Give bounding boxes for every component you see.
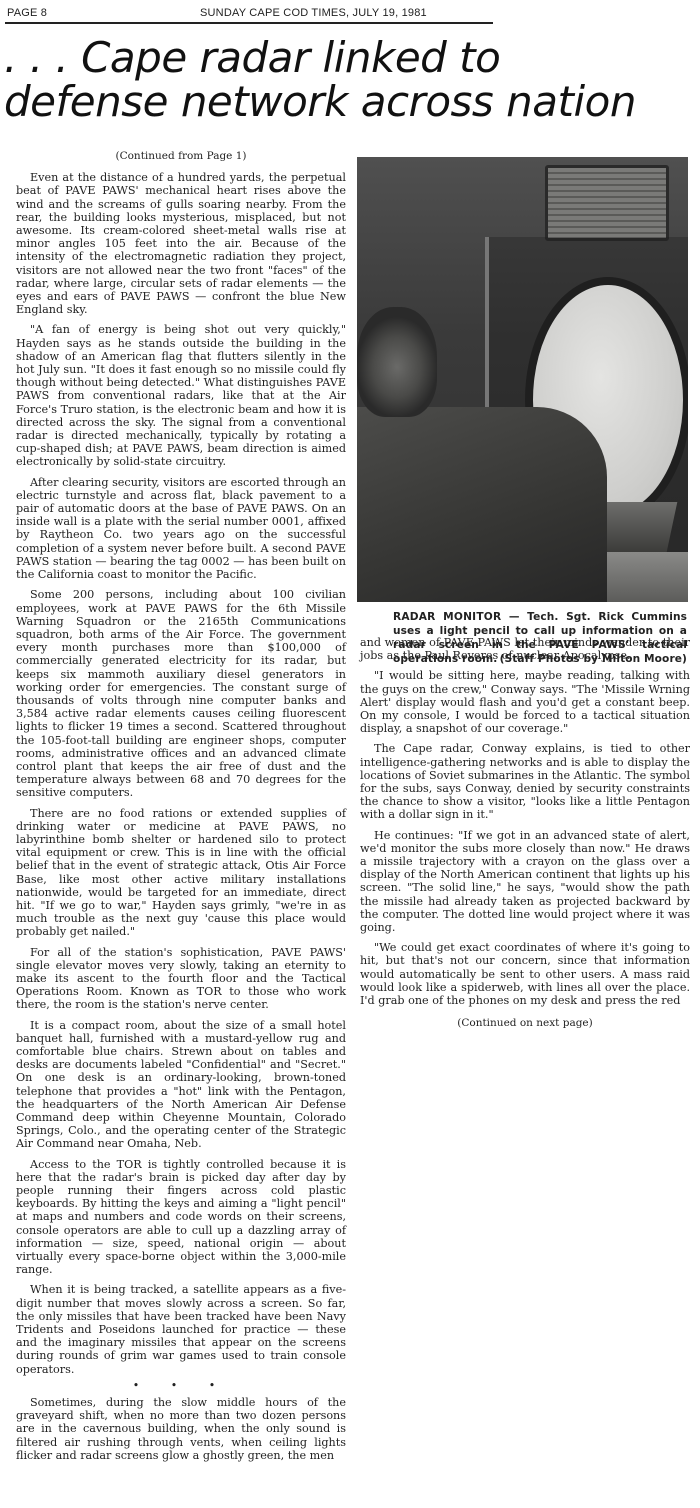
overhead-speaker-graphic	[545, 165, 669, 241]
headline: . . . Cape radar linked to defense netwo…	[4, 36, 700, 124]
paragraph: Sometimes, during the slow middle hours …	[16, 1396, 346, 1462]
continued-on-note: (Continued on next page)	[360, 1017, 690, 1030]
paragraph: After clearing security, visitors are es…	[16, 476, 346, 582]
headline-line-2: defense network across nation	[4, 80, 700, 124]
continued-from-note: (Continued from Page 1)	[16, 150, 346, 163]
paragraph: The Cape radar, Conway explains, is tied…	[360, 742, 690, 821]
paragraph: He continues: "If we got in an advanced …	[360, 829, 690, 935]
page-number: PAGE 8	[7, 7, 47, 19]
paper-name-and-date: SUNDAY CAPE COD TIMES, JULY 19, 1981	[200, 7, 427, 19]
paragraph: When it is being tracked, a satellite ap…	[16, 1283, 346, 1375]
paragraph: For all of the station's sophistication,…	[16, 946, 346, 1012]
article-right-column: and women of PAVE PAWS let their minds w…	[360, 636, 690, 1038]
caption-label: RADAR MONITOR	[393, 611, 501, 623]
paragraph: "I would be sitting here, maybe reading,…	[360, 669, 690, 735]
technician-head-graphic	[357, 307, 437, 417]
paragraph: "We could get exact coordinates of where…	[360, 941, 690, 1007]
paragraph: Even at the distance of a hundred yards,…	[16, 171, 346, 316]
paragraph: "A fan of energy is being shot out very …	[16, 323, 346, 468]
masthead: PAGE 8 SUNDAY CAPE COD TIMES, JULY 19, 1…	[5, 4, 493, 24]
technician-at-radar-screen-photo	[357, 157, 688, 602]
paragraph: It is a compact room, about the size of …	[16, 1019, 346, 1151]
paragraph: There are no food rations or extended su…	[16, 807, 346, 939]
paragraph: Some 200 persons, including about 100 ci…	[16, 588, 346, 799]
headline-line-1: . . . Cape radar linked to	[4, 36, 700, 80]
article-left-column: (Continued from Page 1) Even at the dist…	[16, 150, 346, 1469]
technician-body-graphic	[357, 407, 607, 602]
paragraph: Access to the TOR is tightly controlled …	[16, 1158, 346, 1277]
paragraph: and women of PAVE PAWS let their minds w…	[360, 636, 690, 662]
section-break-dots: • • •	[16, 1379, 346, 1392]
